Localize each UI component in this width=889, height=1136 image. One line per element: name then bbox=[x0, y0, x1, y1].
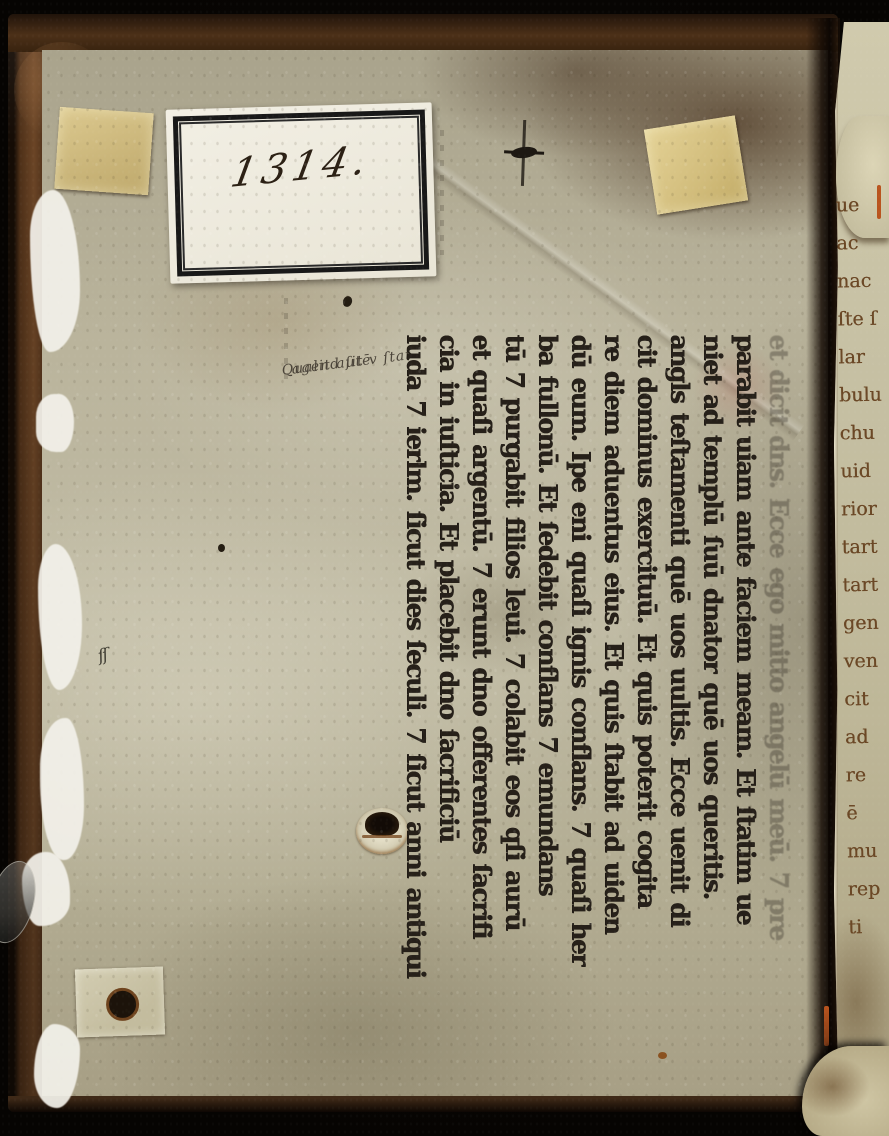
manuscript-photo: 1314. Qualit autē agend ſit v ſtat ſſ et… bbox=[0, 0, 889, 1136]
page-text-fragment: re bbox=[845, 756, 889, 795]
text-line: tū 7 purgabit filios leui. 7 colabit eos… bbox=[499, 335, 532, 1110]
pen-mark: ſſ bbox=[96, 645, 109, 666]
ink-speck bbox=[341, 295, 353, 308]
page-text-fragment: ti bbox=[848, 908, 889, 947]
manuscript-text-block-rotated: et dicit dns. Ecce ego mitto angelū meū.… bbox=[400, 335, 796, 1110]
text-line: angls teſtamenti quē uos uultis. Ecce ue… bbox=[664, 335, 697, 1110]
white-flaking-patch bbox=[40, 718, 84, 860]
page-text-fragment: nac bbox=[837, 262, 884, 301]
ink-offset-streak bbox=[440, 130, 444, 255]
label-inner-border bbox=[179, 116, 423, 271]
page-text-fragment: rior bbox=[841, 490, 888, 529]
text-line: iuda 7 ierlm. ſicut dies ſeculi. 7 ſicut… bbox=[400, 335, 433, 1110]
page-text-fragment: ven bbox=[843, 642, 889, 681]
text-line: et dicit dns. Ecce ego mitto angelū meū.… bbox=[763, 335, 796, 1110]
page-text-fragment: mu bbox=[847, 832, 889, 871]
text-line: cia in iuſticia. Et placebit dno ſacrifi… bbox=[433, 335, 466, 1110]
ink-speck bbox=[218, 544, 225, 552]
shelfmark-label: 1314. bbox=[166, 102, 437, 283]
text-line: re diem aduentus eius. Et quis ſtabit ad… bbox=[598, 335, 631, 1110]
page-text-fragment: rep bbox=[847, 870, 889, 909]
text-line: dū eum. Ipe eni quaſi ignis conflans. 7 … bbox=[565, 335, 598, 1110]
parchment-patch-top-right bbox=[644, 115, 748, 214]
parchment-patch-top-left bbox=[54, 107, 153, 195]
page-text-fragment: ue bbox=[835, 186, 882, 225]
page-text-fragment: lar bbox=[838, 338, 885, 377]
page-text-fragment: gen bbox=[843, 604, 889, 643]
page-text-fragment: chu bbox=[839, 414, 886, 453]
page-text-fragment: tart bbox=[841, 528, 888, 567]
white-flaking-patch bbox=[36, 394, 74, 452]
ink-cross-mark bbox=[493, 119, 555, 191]
page-text-fragment: tart bbox=[842, 566, 889, 605]
clasp-patch-with-hole bbox=[75, 966, 165, 1037]
book-board-inside-cover: 1314. Qualit autē agend ſit v ſtat ſſ et… bbox=[8, 14, 838, 1112]
red-rubric-mark-lower bbox=[824, 1006, 829, 1046]
page-text-fragment: ac bbox=[836, 224, 883, 263]
parchment-pastedown: 1314. Qualit autē agend ſit v ſtat ſſ et… bbox=[42, 50, 828, 1096]
page-text-fragment: ē bbox=[846, 794, 889, 833]
text-line: parabit uiam ante faciem meam. Et ſtatim… bbox=[730, 335, 763, 1110]
text-line: niet ad templū ſuū dnator quē uos querit… bbox=[697, 335, 730, 1110]
page-text-fragment: ad bbox=[845, 718, 889, 757]
text-line: et quaſi argentū. 7 erunt dno offerentes… bbox=[466, 335, 499, 1110]
page-text-fragment: uid bbox=[840, 452, 887, 491]
text-line: cit dominus exercituū. Et quis poterit c… bbox=[631, 335, 664, 1110]
leather-turn-in-top bbox=[8, 14, 838, 52]
gutter-shadow bbox=[806, 18, 840, 1114]
page-text-fragment: bulu bbox=[839, 376, 886, 415]
text-line: ba fullonū. Et ſedebit conflans 7 emunda… bbox=[532, 335, 565, 1110]
page-text-fragment: cit bbox=[844, 680, 889, 719]
page-text-fragment: ſte ſ bbox=[837, 300, 884, 339]
inscription-line-2: agend ſit v ſtat bbox=[291, 348, 413, 378]
